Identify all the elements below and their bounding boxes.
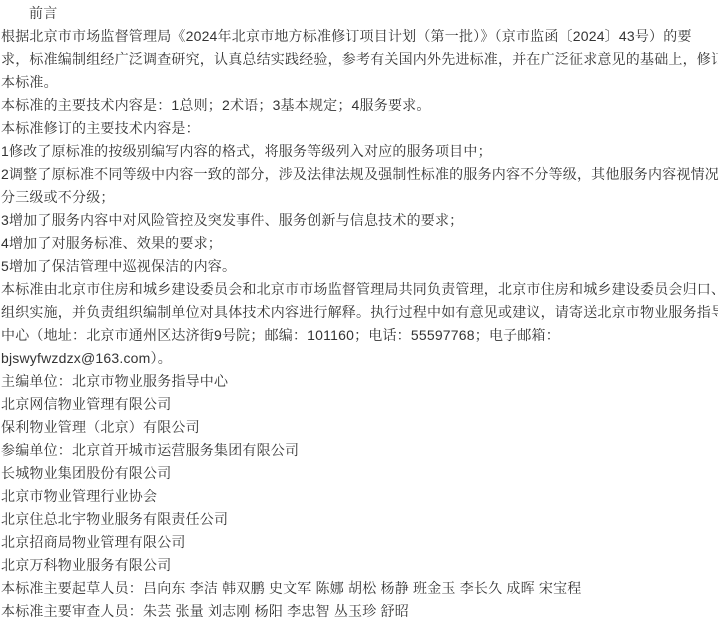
text-line: 5增加了保洁管理中巡视保洁的内容。 — [1, 255, 718, 278]
text-line: 组织实施，并负责组织编制单位对具体技术内容进行解释。执行过程中如有意见或建议，请… — [1, 301, 718, 324]
text-line: 本标准由北京市住房和城乡建设委员会和北京市市场监督管理局共同负责管理，北京市住房… — [1, 278, 718, 301]
text-line: 2调整了原标准不同等级中内容一致的部分，涉及法律法规及强制性标准的服务内容不分等… — [1, 163, 718, 186]
text-line: 北京招商局物业管理有限公司 — [1, 531, 718, 554]
document-body: 前言根据北京市市场监督管理局《2024年北京市地方标准修订项目计划（第一批）》（… — [0, 0, 718, 619]
text-line: 本标准。 — [1, 71, 718, 94]
text-line: 北京网信物业管理有限公司 — [1, 393, 718, 416]
text-line: 分三级或不分级； — [1, 186, 718, 209]
text-line: 3增加了服务内容中对风险管控及突发事件、服务创新与信息技术的要求； — [1, 209, 718, 232]
text-line: 本标准主要起草人员：吕向东 李洁 韩双鹏 史文军 陈娜 胡松 杨静 班金玉 李长… — [1, 577, 718, 600]
text-line: 本标准主要审查人员：朱芸 张量 刘志刚 杨阳 李忠智 丛玉珍 舒昭 — [1, 600, 718, 619]
text-line: 本标准修订的主要技术内容是： — [1, 117, 718, 140]
text-line: 求，标准编制组经广泛调查研究，认真总结实践经验，参考有关国内外先进标准，并在广泛… — [1, 48, 718, 71]
text-line: 参编单位：北京首开城市运营服务集团有限公司 — [1, 439, 718, 462]
text-line: 北京市物业管理行业协会 — [1, 485, 718, 508]
text-line: bjswyfwzdzx@163.com）。 — [1, 347, 718, 370]
text-line: 本标准的主要技术内容是：1总则；2术语；3基本规定；4服务要求。 — [1, 94, 718, 117]
text-line: 主编单位：北京市物业服务指导中心 — [1, 370, 718, 393]
text-line: 长城物业集团股份有限公司 — [1, 462, 718, 485]
document-lines: 前言根据北京市市场监督管理局《2024年北京市地方标准修订项目计划（第一批）》（… — [1, 2, 718, 619]
text-line: 1修改了原标准的按级别编写内容的格式，将服务等级列入对应的服务项目中； — [1, 140, 718, 163]
text-line: 北京住总北宇物业服务有限责任公司 — [1, 508, 718, 531]
document-heading: 前言 — [1, 2, 718, 25]
text-line: 北京万科物业服务有限公司 — [1, 554, 718, 577]
text-line: 中心（地址：北京市通州区达济街9号院；邮编：101160；电话：55597768… — [1, 324, 718, 347]
text-line: 4增加了对服务标准、效果的要求； — [1, 232, 718, 255]
text-line: 保利物业管理（北京）有限公司 — [1, 416, 718, 439]
text-line: 根据北京市市场监督管理局《2024年北京市地方标准修订项目计划（第一批）》（京市… — [1, 25, 718, 48]
